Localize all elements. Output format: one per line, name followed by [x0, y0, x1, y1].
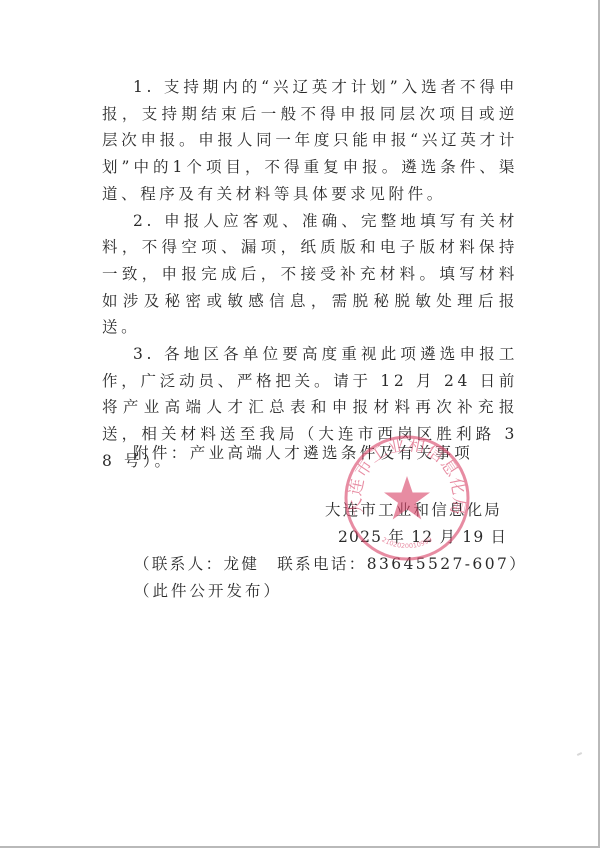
- paragraph-1: 1. 支持期内的“兴辽英才计划”入选者不得申报，支持期结束后一般不得申报同层次项…: [102, 74, 518, 208]
- attachment-line: 附件：产业高端人才遴选条件及有关事项: [133, 440, 473, 466]
- document-body: 1. 支持期内的“兴辽英才计划”入选者不得申报，支持期结束后一般不得申报同层次项…: [102, 74, 518, 475]
- contact-info: （联系人：龙健 联系电话：83645527-607）: [134, 551, 527, 577]
- publication-note: （此件公开发布）: [134, 578, 282, 604]
- scan-artifact: [577, 752, 582, 756]
- signature-organization: 大连市工业和信息化局: [325, 497, 502, 523]
- signature-date: 2025 年 12 月 19 日: [338, 524, 507, 550]
- document-page: 1. 支持期内的“兴辽英才计划”入选者不得申报，支持期结束后一般不得申报同层次项…: [0, 0, 600, 848]
- paragraph-2: 2. 申报人应客观、准确、完整地填写有关材料，不得空项、漏项，纸质版和电子版材料…: [102, 208, 518, 342]
